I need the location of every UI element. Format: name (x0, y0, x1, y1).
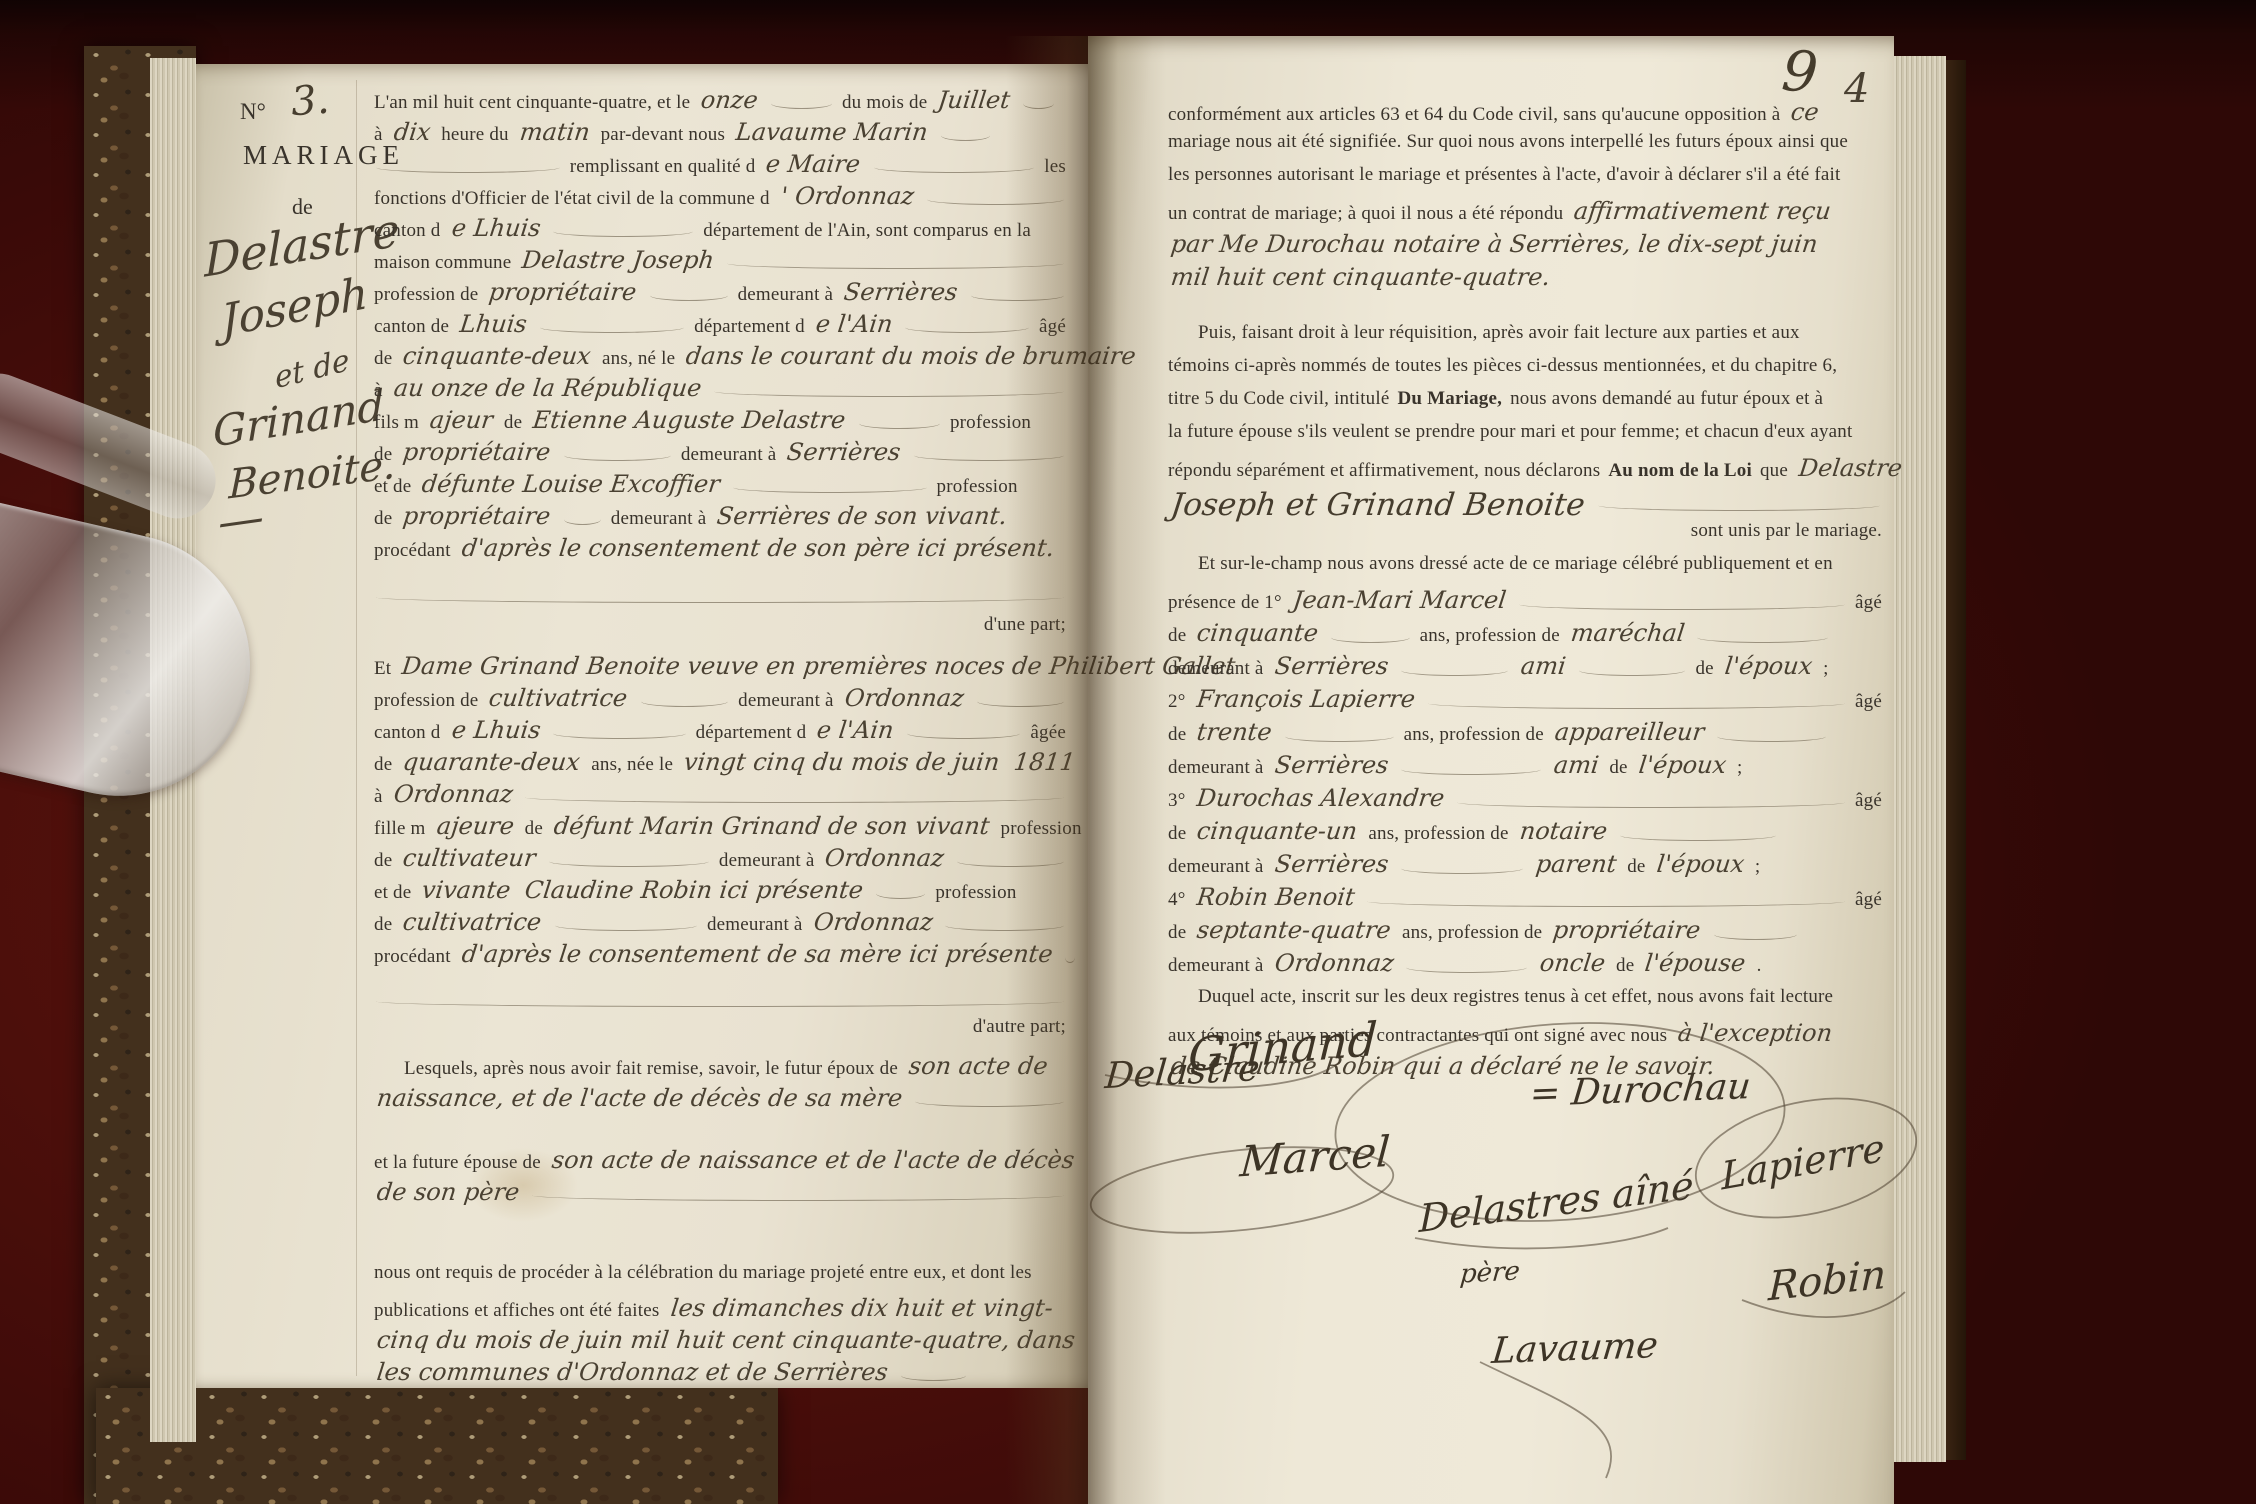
text-segment: trente (1196, 718, 1274, 746)
text-line: demeurant àSerrièresamidel'époux; (1164, 652, 1886, 685)
text-line: decultivatricedemeurant àOrdonnaz (370, 908, 1070, 940)
text-line: mariage nous ait été signifiée. Sur quoi… (1164, 131, 1886, 164)
text-segment: heure du (441, 124, 509, 146)
text-segment: cinquante-un (1196, 817, 1359, 845)
text-segment: maison commune (374, 252, 511, 274)
text-segment: . (1757, 955, 1762, 977)
text-segment: fille m (374, 818, 426, 840)
blank-rule (1519, 599, 1845, 610)
text-segment: défunt Marin Grinand de son vivant (552, 812, 991, 840)
text-segment: e l'Ain (816, 716, 896, 744)
text-segment: Lhuis (458, 310, 528, 338)
blank-rule (1401, 863, 1523, 874)
text-segment: Serrières (842, 278, 959, 306)
text-segment: par Me Durochau notaire à Serrières, le … (1169, 230, 1819, 258)
text-segment: Robin Benoit (1195, 883, 1356, 911)
text-segment: 3° (1168, 790, 1186, 812)
signature: père (1459, 1256, 1521, 1289)
text-segment: l'épouse (1644, 949, 1748, 977)
text-segment: sont unis par le mariage. (1691, 520, 1882, 542)
text-segment: de (1616, 955, 1634, 977)
blank-rule (555, 920, 697, 931)
text-segment: Au nom de la Loi (1608, 460, 1752, 482)
text-line: conformément aux articles 63 et 64 du Co… (1164, 98, 1886, 131)
text-segment: de (374, 444, 392, 466)
blank-rule (1579, 665, 1686, 676)
text-segment: affirmativement reçu (1573, 197, 1833, 225)
text-segment: Lavaume Marin (734, 118, 929, 146)
text-segment: les communes d'Ordonnaz et de Serrières (375, 1358, 889, 1386)
blank-rule (905, 322, 1029, 333)
text-segment: propriétaire (488, 278, 639, 306)
text-line: dequarante-deuxans, née levingt cinq du … (370, 748, 1070, 780)
text-segment: de (374, 508, 392, 530)
text-segment: demeurant à (738, 690, 834, 712)
text-segment: âgé (1855, 592, 1882, 614)
text-segment: d'après le consentement de son père ici … (460, 534, 1056, 562)
text-line: les personnes autorisant le mariage et p… (1164, 164, 1886, 197)
blank-rule (650, 290, 728, 301)
text-segment: L'an mil huit cent cinquante-quatre, et … (374, 92, 690, 114)
text-segment: 1811 (1012, 748, 1077, 776)
text-segment: demeurant à (719, 850, 815, 872)
text-segment: d'une part; (984, 614, 1066, 636)
text-segment: Et (374, 658, 391, 680)
text-line: procédantd'après le consentement de son … (370, 534, 1070, 566)
text-line: EtDame Grinand Benoite veuve en première… (370, 652, 1070, 684)
text-segment: âgé (1855, 691, 1882, 713)
blank-rule (945, 920, 1064, 931)
text-segment: mil huit cent cinquante-quatre. (1169, 263, 1552, 291)
text-segment: cultivatrice (488, 684, 630, 712)
text-segment: onze (700, 86, 760, 114)
text-segment: l'époux (1655, 850, 1746, 878)
text-line: 2°François Lapierreâgé (1164, 685, 1886, 718)
blank-rule (957, 856, 1064, 867)
text-segment: de (374, 850, 392, 872)
text-line: profession depropriétairedemeurant àSerr… (370, 278, 1070, 310)
text-segment: oncle (1538, 949, 1607, 977)
blank-rule (376, 996, 1064, 1007)
text-segment: fils m (374, 412, 419, 434)
blank-rule (1620, 830, 1776, 841)
text-segment: du mois de (842, 92, 927, 114)
text-segment: âgée (1030, 722, 1066, 744)
text-line: fonctions d'Officier de l'état civil de … (370, 182, 1070, 214)
text-segment: défunte Louise Excoffier (421, 470, 722, 498)
text-segment: profession de (374, 690, 478, 712)
text-segment: demeurant à (707, 914, 803, 936)
text-segment: ans, profession de (1404, 724, 1544, 746)
text-segment: Du Mariage, (1398, 388, 1503, 410)
blank-rule (874, 162, 1035, 173)
text-segment: Ordonnaz (843, 684, 965, 712)
text-line: et la future épouse deson acte de naissa… (370, 1146, 1070, 1178)
text-line: 4°Robin Benoitâgé (1164, 883, 1886, 916)
text-segment: ans, née le (591, 754, 673, 776)
text-segment: de (1168, 625, 1186, 647)
text-line: detrenteans, profession deappareilleur (1164, 718, 1886, 751)
blank-rule (859, 418, 940, 429)
text-segment: profession (937, 476, 1018, 498)
text-segment: d'après le consentement de sa mère ici p… (460, 940, 1054, 968)
text-line: répondu séparément et affirmativement, n… (1164, 454, 1886, 487)
text-line: decultivateurdemeurant àOrdonnaz (370, 844, 1070, 876)
text-segment: Serrières (1273, 850, 1390, 878)
blank-rule (1401, 665, 1508, 676)
text-segment: nous ont requis de procéder à la célébra… (374, 1262, 1032, 1284)
text-segment: l'époux (1723, 652, 1814, 680)
text-segment: les (1044, 156, 1066, 178)
text-segment: demeurant à (1168, 658, 1264, 680)
blank-rule (727, 258, 1064, 269)
blank-rule (1457, 797, 1845, 808)
margin-name: — (218, 489, 264, 550)
text-segment: e l'Ain (814, 310, 894, 338)
page-number-secondary: 4 (1844, 66, 1869, 112)
text-segment: et la future épouse de (374, 1152, 541, 1174)
text-segment: de (374, 348, 392, 370)
text-segment: Delastre (1797, 454, 1904, 482)
text-segment: Ordonnaz (1273, 949, 1395, 977)
text-line: et dedéfunte Louise Excoffierprofession (370, 470, 1070, 502)
signature: = Durochau (1528, 1066, 1753, 1115)
text-line: la future épouse s'ils veulent se prendr… (1164, 421, 1886, 454)
text-segment: canton de (374, 316, 449, 338)
text-segment: Ordonnaz (812, 908, 934, 936)
blank-rule (1331, 632, 1409, 643)
text-segment: ans, profession de (1402, 922, 1542, 944)
text-segment: Joseph et Grinand Benoite (1169, 487, 1587, 523)
text-segment: de (525, 818, 543, 840)
text-segment: titre 5 du Code civil, intitulé (1168, 388, 1390, 410)
text-segment: et de (374, 882, 411, 904)
text-segment: publications et affiches ont été faites (374, 1300, 660, 1322)
text-segment: Ordonnaz (824, 844, 946, 872)
text-segment: canton d (374, 220, 441, 242)
blank-rule (1714, 929, 1797, 940)
text-segment: la future épouse s'ils veulent se prendr… (1168, 421, 1852, 443)
blank-rule (532, 1190, 1064, 1201)
text-segment: les dimanches dix huit et vingt- (669, 1294, 1054, 1322)
text-segment: ; (1755, 856, 1760, 878)
text-segment: Delastre Joseph (521, 246, 717, 274)
left-page-act-text: L'an mil huit cent cinquante-quatre, et … (370, 86, 1070, 1390)
text-line: sont unis par le mariage. (1164, 520, 1886, 553)
text-segment: département d (694, 316, 805, 338)
signature: Robin (1768, 1252, 1887, 1311)
text-segment: canton d (374, 722, 441, 744)
text-segment: département d (696, 722, 807, 744)
text-line: publications et affiches ont été faitesl… (370, 1294, 1070, 1326)
blank-rule (914, 450, 1064, 461)
text-line: deseptante-quatreans, profession depropr… (1164, 916, 1886, 949)
text-segment: profession (1001, 818, 1082, 840)
text-line: Joseph et Grinand Benoite (1164, 487, 1886, 520)
text-line: remplissant en qualité de Maireles (370, 150, 1070, 182)
text-segment: cinq du mois de juin mil huit cent cinqu… (375, 1326, 1076, 1354)
text-segment: de (374, 754, 392, 776)
text-segment: remplissant en qualité d (570, 156, 756, 178)
text-segment: dix (392, 118, 432, 146)
text-segment: de (1168, 922, 1186, 944)
text-segment: âgé (1855, 790, 1882, 812)
blank-rule (901, 1370, 966, 1381)
blank-rule (714, 386, 1064, 397)
blank-rule (941, 130, 990, 141)
text-segment: 4° (1168, 889, 1186, 911)
blank-rule (1023, 98, 1054, 109)
blank-rule (641, 696, 728, 707)
text-segment: profession (935, 882, 1016, 904)
text-line: procédantd'après le consentement de sa m… (370, 940, 1070, 972)
text-segment: Et sur-le-champ nous avons dressé acte d… (1198, 553, 1833, 575)
blank-rule (1717, 731, 1826, 742)
text-line: demeurant àOrdonnazoncledel'épouse. (1164, 949, 1886, 982)
text-segment: e Lhuis (450, 214, 542, 242)
text-line: par Me Durochau notaire à Serrières, le … (1164, 230, 1886, 263)
text-segment: ans, profession de (1420, 625, 1560, 647)
text-line (370, 984, 1070, 1016)
photo-of-marriage-register: N° 3. MARIAGE de DelastreJosephet deGrin… (0, 0, 2256, 1504)
page-number-handwritten: 9 (1779, 39, 1820, 107)
blank-rule (1428, 698, 1845, 709)
blank-rule (971, 290, 1064, 301)
blank-rule (376, 592, 1064, 603)
text-segment: propriétaire (1552, 916, 1703, 944)
text-segment: département de l'Ain, sont comparus en l… (703, 220, 1031, 242)
blank-rule (564, 450, 671, 461)
blank-rule (977, 696, 1064, 707)
text-segment: son acte de (907, 1052, 1049, 1080)
text-segment: Duquel acte, inscrit sur les deux regist… (1198, 986, 1833, 1008)
text-line: fils majeurdeEtienne Auguste Delastrepro… (370, 406, 1070, 438)
signature: Marcel (1238, 1127, 1391, 1187)
text-segment: septante-quatre (1196, 916, 1393, 944)
text-segment: matin (518, 118, 591, 146)
text-segment: Lesquels, après nous avoir fait remise, … (404, 1058, 898, 1080)
blank-rule (907, 728, 1020, 739)
text-line: les communes d'Ordonnaz et de Serrières (370, 1358, 1070, 1390)
text-segment: ajeur (428, 406, 494, 434)
text-line: mil huit cent cinquante-quatre. (1164, 263, 1886, 296)
text-line: d'autre part; (370, 1016, 1070, 1048)
blank-rule (549, 856, 709, 867)
blank-rule (1367, 896, 1845, 907)
text-line: Puis, faisant droit à leur réquisition, … (1164, 322, 1886, 355)
text-segment: François Lapierre (1195, 685, 1416, 713)
text-line: naissance, et de l'acte de décès de sa m… (370, 1084, 1070, 1116)
text-segment: mariage nous ait été signifiée. Sur quoi… (1168, 131, 1848, 153)
text-line: Duquel acte, inscrit sur les deux regist… (1164, 986, 1886, 1019)
text-segment: de son père (375, 1178, 521, 1206)
text-segment: Serrières (786, 438, 903, 466)
text-line: canton deLhuisdépartement de l'Ainâgé (370, 310, 1070, 342)
text-line: présence de 1°Jean-Mari Marcelâgé (1164, 586, 1886, 619)
text-segment: Serrières (1273, 751, 1390, 779)
text-segment: ami (1552, 751, 1600, 779)
text-line: demeurant àSerrièresamidel'époux; (1164, 751, 1886, 784)
text-line: témoins ci-après nommés de toutes les pi… (1164, 355, 1886, 388)
text-segment: ami (1519, 652, 1567, 680)
text-line: decinquante-deuxans, né ledans le couran… (370, 342, 1070, 374)
text-line: L'an mil huit cent cinquante-quatre, et … (370, 86, 1070, 118)
text-segment: de (1168, 724, 1186, 746)
text-segment: dans le courant du mois de brumaire (685, 342, 1138, 370)
text-segment: à (374, 786, 383, 808)
text-segment: ajeure (435, 812, 516, 840)
text-segment: ans, né le (602, 348, 675, 370)
text-segment: nous avons demandé au futur époux et à (1510, 388, 1823, 410)
text-segment: au onze de la République (392, 374, 703, 402)
text-segment: demeurant à (611, 508, 707, 530)
text-segment: profession (950, 412, 1031, 434)
text-line: depropriétairedemeurant àSerrières de so… (370, 502, 1070, 534)
blank-rule (376, 162, 560, 173)
blank-rule (540, 322, 684, 333)
blank-rule (1406, 962, 1526, 973)
text-segment: ans, profession de (1368, 823, 1508, 845)
text-segment: de (1627, 856, 1645, 878)
text-segment: de (504, 412, 522, 434)
blank-rule (553, 728, 685, 739)
text-segment: fonctions d'Officier de l'état civil de … (374, 188, 770, 210)
text-segment: appareilleur (1553, 718, 1706, 746)
text-line: maison communeDelastre Joseph (370, 246, 1070, 278)
text-segment: Serrières (1273, 652, 1390, 680)
blank-rule (733, 482, 926, 493)
blank-rule (1285, 731, 1394, 742)
blank-rule (1697, 632, 1827, 643)
text-segment: propriétaire (402, 438, 553, 466)
text-segment: répondu séparément et affirmativement, n… (1168, 460, 1600, 482)
text-segment: de (1168, 823, 1186, 845)
signature: Lavaume (1490, 1325, 1660, 1372)
text-segment: ' Ordonnaz (779, 182, 916, 210)
text-segment: témoins ci-après nommés de toutes les pi… (1168, 355, 1837, 377)
book-cover-bottom-edge (96, 1388, 778, 1504)
act-number-value: 3. (289, 77, 330, 126)
text-segment: vingt cinq du mois de juin (682, 748, 1001, 776)
text-segment: procédant (374, 946, 451, 968)
text-segment: conformément aux articles 63 et 64 du Co… (1168, 104, 1780, 126)
text-segment: vivante (421, 876, 513, 904)
text-segment: Jean-Mari Marcel (1291, 586, 1507, 614)
text-segment: de (1695, 658, 1713, 680)
text-line: cinq du mois de juin mil huit cent cinqu… (370, 1326, 1070, 1358)
text-segment: demeurant à (1168, 757, 1264, 779)
right-page-act-text: conformément aux articles 63 et 64 du Co… (1164, 98, 1886, 1085)
signatures-block: DelastreGrinand= DurochauMarcelDelastres… (1100, 1032, 1900, 1472)
text-line: canton de Lhuisdépartement de l'Ain, son… (370, 214, 1070, 246)
blank-rule (553, 226, 693, 237)
text-segment: l'époux (1637, 751, 1728, 779)
blank-rule (1598, 500, 1880, 511)
text-segment: demeurant à (738, 284, 834, 306)
text-segment: à (374, 124, 383, 146)
page-stack-right-edge (1894, 56, 1946, 1462)
text-segment: e Lhuis (450, 716, 542, 744)
text-segment: d'autre part; (973, 1016, 1066, 1038)
text-line: decinquante-unans, profession denotaire (1164, 817, 1886, 850)
text-line (370, 580, 1070, 612)
blank-rule (1401, 764, 1541, 775)
text-line: nous ont requis de procéder à la célébra… (370, 1262, 1070, 1294)
text-line: àdixheure dumatinpar-devant nousLavaume … (370, 118, 1070, 150)
text-segment: à (374, 380, 383, 402)
blank-rule (771, 98, 832, 109)
text-line: titre 5 du Code civil, intituléDu Mariag… (1164, 388, 1886, 421)
text-segment: par-devant nous (601, 124, 726, 146)
text-segment: e Maire (765, 150, 863, 178)
text-segment: profession de (374, 284, 478, 306)
text-segment: procédant (374, 540, 451, 562)
text-segment: ; (1823, 658, 1828, 680)
text-segment: demeurant à (1168, 955, 1264, 977)
text-line: canton de Lhuisdépartement de l'Ainâgée (370, 716, 1070, 748)
text-segment: les personnes autorisant le mariage et p… (1168, 164, 1840, 186)
text-segment: cinquante (1196, 619, 1320, 647)
text-segment: maréchal (1569, 619, 1686, 647)
text-segment: Ordonnaz (392, 780, 514, 808)
text-segment: demeurant à (681, 444, 777, 466)
text-segment: que (1760, 460, 1788, 482)
text-segment: demeurant à (1168, 856, 1264, 878)
text-line: d'une part; (370, 614, 1070, 646)
text-segment: quarante-deux (402, 748, 582, 776)
text-line: demeurant àSerrièresparentdel'époux; (1164, 850, 1886, 883)
text-line: Lesquels, après nous avoir fait remise, … (370, 1052, 1070, 1084)
text-segment: notaire (1518, 817, 1609, 845)
blank-rule (915, 1096, 1064, 1107)
text-segment: Puis, faisant droit à leur réquisition, … (1198, 322, 1800, 344)
text-line: un contrat de mariage; à quoi il nous a … (1164, 197, 1886, 230)
text-segment: cinquante-deux (402, 342, 593, 370)
text-line: àOrdonnaz (370, 780, 1070, 812)
text-segment: présence de 1° (1168, 592, 1282, 614)
text-segment: naissance, et de l'acte de décès de sa m… (375, 1084, 904, 1112)
text-line: depropriétairedemeurant àSerrières (370, 438, 1070, 470)
text-line: profession decultivatricedemeurant àOrdo… (370, 684, 1070, 716)
text-segment: un contrat de mariage; à quoi il nous a … (1168, 203, 1563, 225)
blank-rule (564, 514, 601, 525)
text-segment: Durochas Alexandre (1195, 784, 1446, 812)
text-segment: âgé (1855, 889, 1882, 911)
signature: Lapierre (1720, 1125, 1885, 1198)
text-line: decinquanteans, profession demaréchal (1164, 619, 1886, 652)
blank-rule (876, 888, 925, 899)
text-line: àau onze de la République (370, 374, 1070, 406)
text-line: 3°Durochas Alexandreâgé (1164, 784, 1886, 817)
text-line: de son père (370, 1178, 1070, 1210)
act-number-label: N° (240, 99, 266, 125)
text-segment: 2° (1168, 691, 1186, 713)
text-segment: ; (1737, 757, 1742, 779)
text-segment: propriétaire (402, 502, 553, 530)
text-segment: parent (1534, 850, 1618, 878)
blank-rule (525, 792, 1064, 803)
text-segment: Etienne Auguste Delastre (532, 406, 848, 434)
text-segment: son acte de naissance et de l'acte de dé… (550, 1146, 1076, 1174)
text-segment: de (1609, 757, 1627, 779)
text-segment: et de (374, 476, 411, 498)
text-line: fille majeurededéfunt Marin Grinand de s… (370, 812, 1070, 844)
text-segment: âgé (1039, 316, 1066, 338)
text-line: et devivanteClaudine Robin ici présentep… (370, 876, 1070, 908)
text-segment: Claudine Robin ici présente (523, 876, 865, 904)
text-segment: cultivateur (402, 844, 538, 872)
signature: Delastres aîné (1419, 1163, 1694, 1241)
